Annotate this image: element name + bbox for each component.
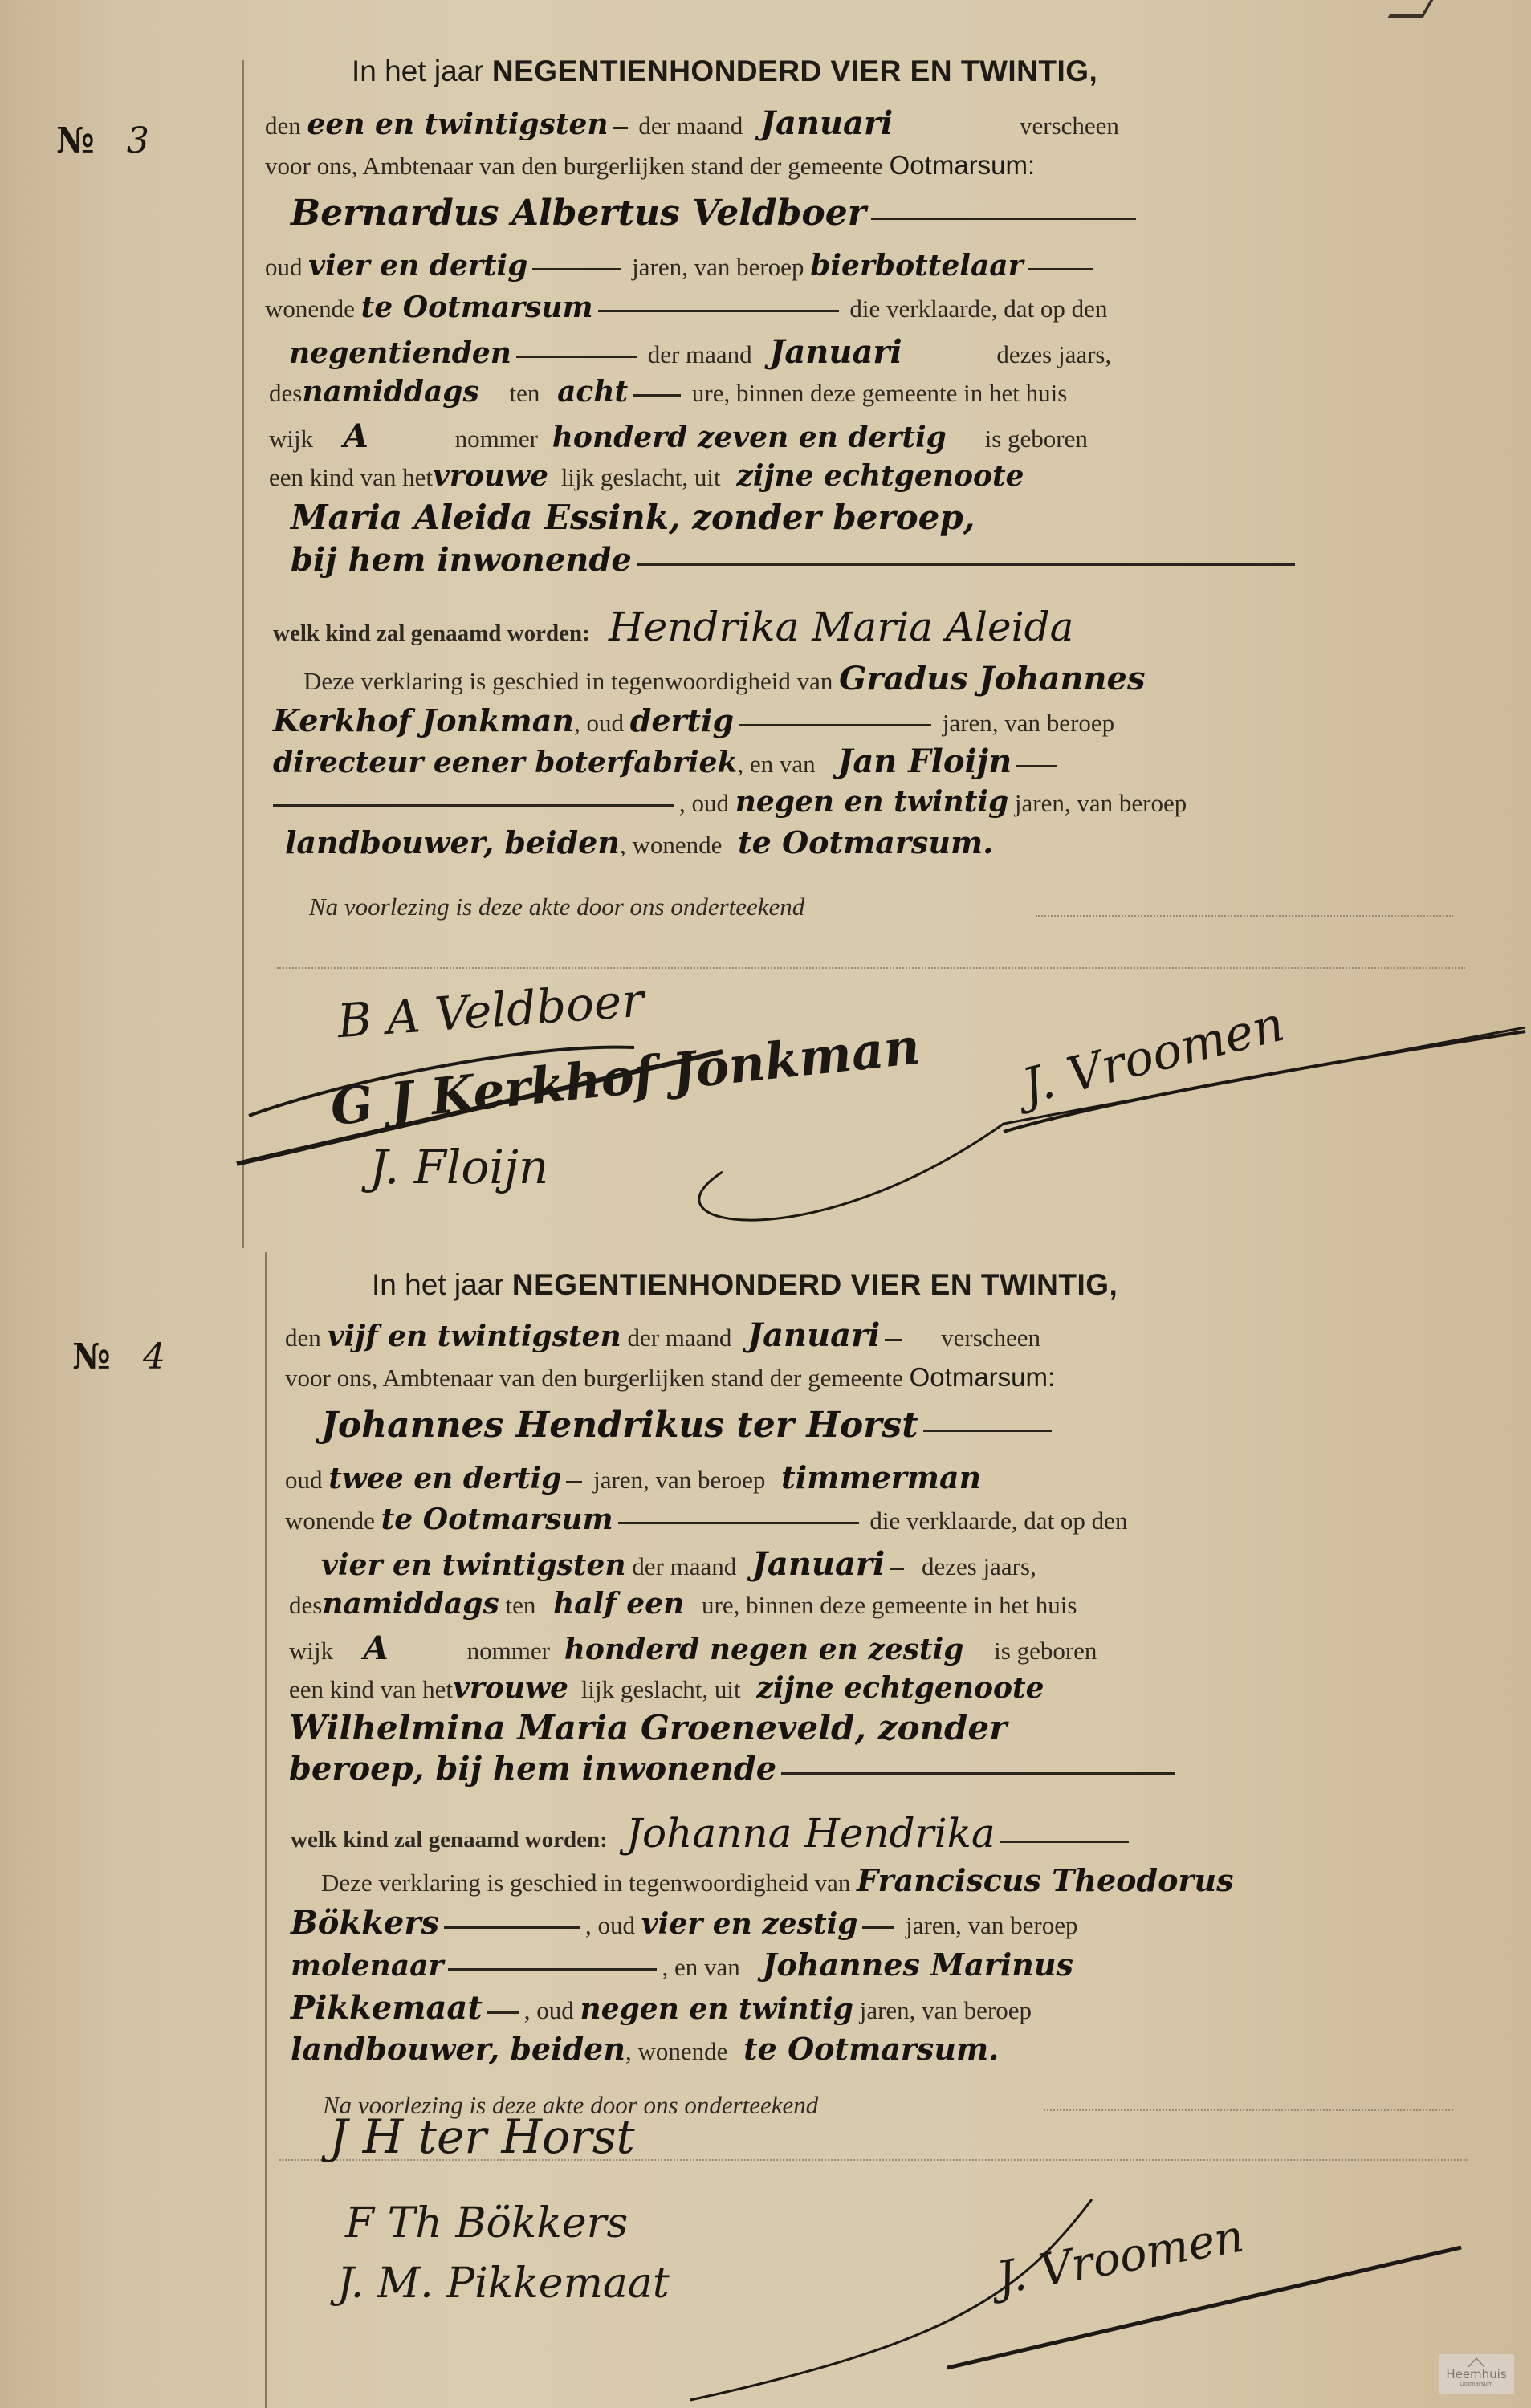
- act-header: In het jaar NEGENTIENHONDERD VIER EN TWI…: [372, 1268, 1118, 1302]
- handwritten-declarant-name: Bernardus Albertus Veldboer: [291, 193, 866, 234]
- handwritten-month: Januari: [747, 1316, 880, 1354]
- number-sign: №: [56, 120, 95, 161]
- handwritten-witness2-surname: Pikkemaat: [291, 1989, 483, 2027]
- line-birth-date: negentienden der maand Januari dezes jaa…: [289, 333, 1111, 371]
- handwritten-witness1-age: vier en zestig: [641, 1907, 858, 1941]
- line-declarant: Johannes Hendrikus ter Horst: [321, 1405, 1057, 1446]
- handwritten-witness2-name: Jan Floijn: [837, 742, 1012, 780]
- handwritten-witness2-occupation: landbouwer, beiden: [291, 2031, 625, 2067]
- handwritten-residence: te Ootmarsum: [381, 1503, 613, 1536]
- handwritten-cohabiting: bij hem inwonende: [291, 541, 632, 579]
- register-page: №3 In het jaar NEGENTIENHONDERD VIER EN …: [0, 0, 1531, 2408]
- act-number-value: 4: [143, 1336, 165, 1377]
- corner-ink-mark: [1388, 0, 1434, 18]
- margin-rule: [265, 1252, 267, 2408]
- handwritten-witness-residence: te Ootmarsum.: [743, 2031, 999, 2067]
- handwritten-hour: acht: [557, 375, 628, 409]
- handwritten-witness1-surname: Bökkers: [291, 1904, 439, 1942]
- line-witness-intro: Deze verklaring is geschied in tegenwoor…: [303, 660, 1146, 698]
- line-residence: wonende te Ootmarsum die verklaarde, dat…: [285, 1503, 1127, 1536]
- line-residence: wonende te Ootmarsum die verklaarde, dat…: [265, 291, 1107, 324]
- handwritten-witness2-age: negen en twintig: [735, 785, 1008, 819]
- handwritten-residence: te Ootmarsum: [361, 291, 593, 324]
- handwritten-house-number: honderd negen en zestig: [564, 1633, 964, 1666]
- line-declarant: Bernardus Albertus Veldboer: [291, 193, 1141, 234]
- line-birth-time: desnamiddags ten acht ure, binnen deze g…: [269, 375, 1067, 409]
- line-age-occupation: oud twee en dertig jaren, van beroep tim…: [285, 1459, 981, 1495]
- handwritten-hour: half een: [553, 1587, 684, 1621]
- line-witness-residence: landbouwer, beiden, wonende te Ootmarsum…: [285, 824, 993, 860]
- line-cohabiting: bij hem inwonende: [291, 541, 1300, 579]
- handwritten-day: een en twintigsten: [307, 108, 609, 141]
- line-witness-residence: landbouwer, beiden, wonende te Ootmarsum…: [291, 2031, 999, 2067]
- handwritten-ward: A: [344, 417, 368, 455]
- line-witness1-age: Bökkers, oud vier en zestig jaren, van b…: [291, 1904, 1077, 1942]
- signature-witness1: F Th Bökkers: [345, 2199, 628, 2247]
- signature-witness2: J. Floijn: [369, 1140, 548, 1194]
- line-birth-time: desnamiddags ten half een ure, binnen de…: [289, 1587, 1077, 1621]
- line-registrar: voor ons, Ambtenaar van den burgerlijken…: [265, 150, 1035, 181]
- handwritten-child-name: Hendrika Maria Aleida: [609, 604, 1073, 650]
- line-witness1-occupation: molenaar, en van Johannes Marinus: [291, 1946, 1073, 1983]
- line-child-name: welk kind zal genaamd worden: Johanna He…: [291, 1810, 1134, 1857]
- line-registrar: voor ons, Ambtenaar van den burgerlijken…: [285, 1362, 1055, 1393]
- line-date: den een en twintigsten der maand Januari…: [265, 104, 1119, 142]
- number-sign: №: [72, 1336, 111, 1377]
- handwritten-witness1-age: dertig: [630, 702, 734, 738]
- line-birth-date: vier en twintigsten der maand Januari de…: [321, 1545, 1036, 1583]
- handwritten-daypart: namiddags: [322, 1587, 499, 1621]
- act-number: №4: [72, 1336, 165, 1377]
- line-date: den vijf en twintigsten der maand Januar…: [285, 1316, 1040, 1354]
- line-child-name: welk kind zal genaamd worden: Hendrika M…: [273, 604, 1073, 650]
- line-witness2-age: , oud negen en twintig jaren, van beroep: [273, 785, 1187, 819]
- handwritten-age: vier en dertig: [308, 249, 527, 283]
- handwritten-witness1-surname: Kerkhof Jonkman: [273, 702, 574, 738]
- handwritten-witness2-age: negen en twintig: [580, 1992, 853, 2026]
- closing-statement: Na voorlezing is deze akte door ons onde…: [309, 893, 804, 921]
- line-age-occupation: oud vier en dertig jaren, van beroep bie…: [265, 249, 1097, 283]
- act-header: In het jaar NEGENTIENHONDERD VIER EN TWI…: [352, 55, 1097, 88]
- handwritten-day: vijf en twintigsten: [328, 1320, 621, 1353]
- handwritten-ward: A: [364, 1629, 389, 1667]
- handwritten-spouse: zijne echtgenoote: [736, 459, 1024, 493]
- handwritten-month: Januari: [760, 104, 893, 142]
- handwritten-mother-name: Wilhelmina Maria Groeneveld, zonder: [289, 1708, 1007, 1747]
- line-witness2-age: Pikkemaat, oud negen en twintig jaren, v…: [291, 1989, 1032, 2027]
- handwritten-witness1-occupation: directeur eener boterfabriek: [273, 746, 737, 779]
- handwritten-sex: vrouwe: [453, 1671, 568, 1705]
- line-witness-intro: Deze verklaring is geschied in tegenwoor…: [321, 1862, 1233, 1898]
- line-witness1-occupation: directeur eener boterfabriek, en van Jan…: [273, 742, 1061, 780]
- line-cohabiting: beroep, bij hem inwonende: [289, 1750, 1179, 1788]
- handwritten-occupation: timmerman: [781, 1459, 981, 1495]
- handwritten-spouse: zijne echtgenoote: [756, 1671, 1044, 1705]
- handwritten-daypart: namiddags: [302, 375, 478, 409]
- handwritten-sex: vrouwe: [433, 459, 548, 493]
- handwritten-witness1-name: Gradus Johannes: [839, 660, 1145, 698]
- handwritten-witness-residence: te Ootmarsum.: [738, 824, 993, 860]
- line-address: wijk A nommer honderd zeven en dertig is…: [269, 417, 1088, 455]
- handwritten-witness2-name: Johannes Marinus: [763, 1946, 1073, 1983]
- signature-witness2: J. M. Pikkemaat: [337, 2260, 670, 2308]
- line-witness1-age: Kerkhof Jonkman, oud dertig jaren, van b…: [273, 702, 1114, 738]
- handwritten-mother-name: Maria Aleida Essink, zonder beroep,: [291, 498, 975, 537]
- line-mother-name: Wilhelmina Maria Groeneveld, zonder: [289, 1708, 1007, 1747]
- house-roof-icon: [1468, 2357, 1485, 2367]
- handwritten-witness1-occupation: molenaar: [291, 1949, 443, 1983]
- handwritten-occupation: bierbottelaar: [810, 249, 1023, 283]
- handwritten-cohabiting: beroep, bij hem inwonende: [289, 1750, 776, 1788]
- handwritten-house-number: honderd zeven en dertig: [552, 421, 947, 454]
- signature-flourish: [201, 1027, 1531, 1236]
- signature-declarant: J H ter Horst: [329, 2109, 635, 2164]
- act-number-value: 3: [127, 120, 149, 161]
- line-sex-mother: een kind van hetvrouwe lijk geslacht, ui…: [269, 459, 1024, 493]
- handwritten-age: twee en dertig: [328, 1462, 561, 1495]
- handwritten-birth-day: vier en twintigsten: [321, 1548, 626, 1582]
- handwritten-birth-month: Januari: [769, 333, 902, 371]
- line-sex-mother: een kind van hetvrouwe lijk geslacht, ui…: [289, 1671, 1044, 1705]
- signature-flourish: [642, 2199, 1525, 2408]
- handwritten-declarant-name: Johannes Hendrikus ter Horst: [321, 1405, 918, 1446]
- handwritten-witness1-name: Franciscus Theodorus: [857, 1862, 1233, 1898]
- handwritten-witness2-occupation: landbouwer, beiden: [285, 824, 620, 860]
- line-mother-name: Maria Aleida Essink, zonder beroep,: [291, 498, 975, 537]
- handwritten-child-name: Johanna Hendrika: [626, 1810, 996, 1857]
- line-address: wijk A nommer honderd negen en zestig is…: [289, 1629, 1097, 1667]
- handwritten-birth-day: negentienden: [289, 336, 511, 370]
- handwritten-birth-month: Januari: [752, 1545, 885, 1583]
- act-number: №3: [56, 120, 149, 161]
- heemhuis-watermark: Heemhuis Ootmarsum: [1439, 2354, 1514, 2394]
